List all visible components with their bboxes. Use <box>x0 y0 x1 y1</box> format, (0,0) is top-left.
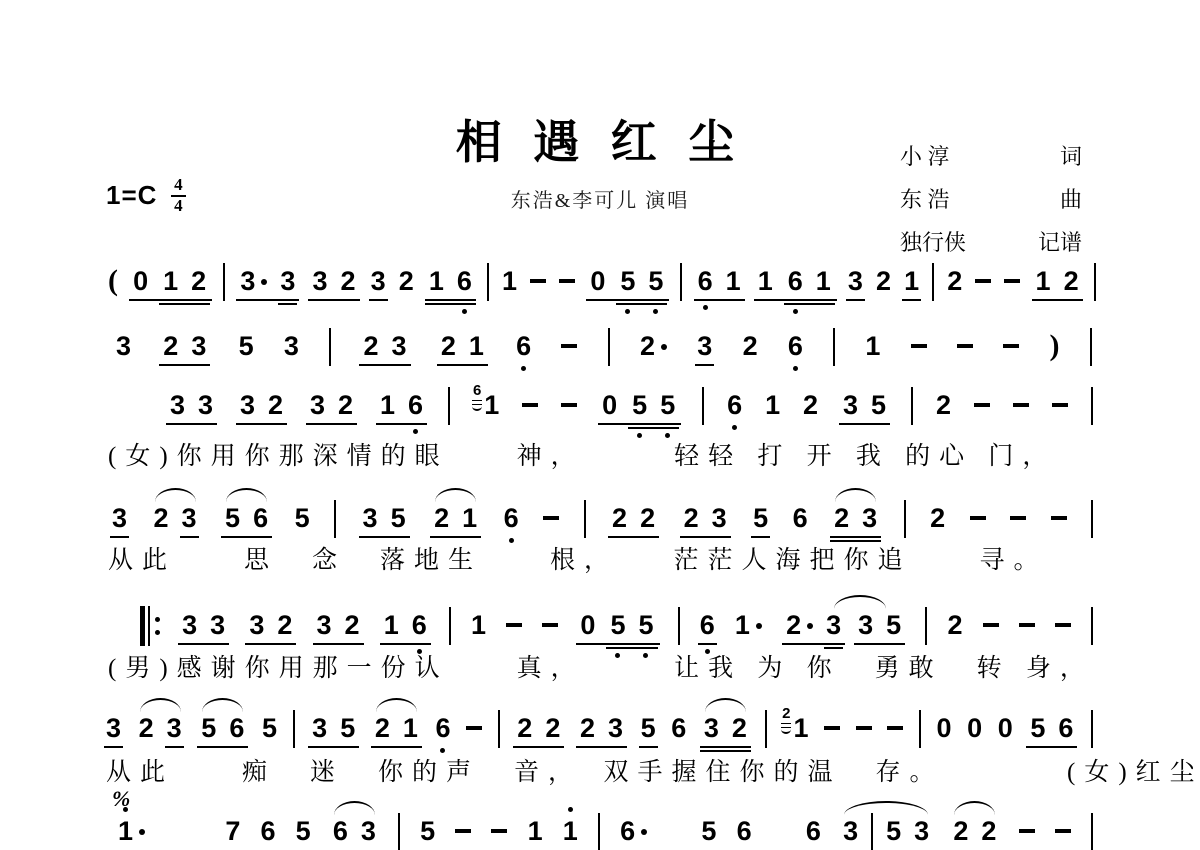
note-digit: 3 <box>848 266 863 296</box>
parenthesis: ( <box>108 266 118 296</box>
note-digit: 6 <box>620 816 635 846</box>
note: 1 <box>865 331 880 361</box>
note: 5 <box>886 610 901 640</box>
note: 2 <box>268 390 283 420</box>
slur-arc <box>155 488 196 502</box>
note-digit: 5 <box>239 331 254 361</box>
note: 5 <box>391 503 406 533</box>
note: 3 <box>697 331 712 361</box>
underline <box>308 746 359 748</box>
music-line-2: 323532321623261) <box>116 331 1092 361</box>
beam-group: 23 <box>578 713 625 743</box>
note: 0 <box>580 610 595 640</box>
barline <box>1090 328 1092 366</box>
underline <box>576 643 659 645</box>
music-line-1: (01233323216105561161321212 <box>108 266 1096 296</box>
note: 3 <box>312 713 327 743</box>
note-digit: 3 <box>317 610 332 640</box>
note: 3 <box>317 610 332 640</box>
beam-group: 16 <box>382 610 429 640</box>
underline <box>694 299 745 301</box>
augmentation-dot <box>641 829 647 835</box>
note-digit: 5 <box>391 503 406 533</box>
underline <box>359 536 410 538</box>
music-line-6: 32356535216222356322100056 <box>106 713 1093 743</box>
barline <box>584 500 586 538</box>
underline <box>1032 299 1083 301</box>
note-digit: 3 <box>182 503 197 533</box>
note: 2 <box>154 503 169 533</box>
octave-dot-below <box>732 425 737 430</box>
lyrics-line-3: (男)感谢你用那一份认 真， 让我 为 你 勇敢 转 身， <box>108 648 1094 684</box>
note-digit: 0 <box>602 390 617 420</box>
beam-group: 23 <box>137 713 184 743</box>
note: 3 <box>363 503 378 533</box>
note: 6 <box>698 266 713 296</box>
note-digit: 3 <box>361 816 376 846</box>
note: 5 <box>201 713 216 743</box>
underline <box>576 746 627 748</box>
beam-group: 055 <box>600 390 679 420</box>
note-digit: 2 <box>930 503 945 533</box>
slur-arc <box>705 698 746 712</box>
underline <box>221 536 272 538</box>
note: 6 <box>516 331 531 361</box>
note-digit: 3 <box>280 266 295 296</box>
beam-group: 35 <box>856 610 903 640</box>
underline <box>380 643 431 645</box>
note-digit: 1 <box>816 266 831 296</box>
beam-group: 23 <box>361 331 408 361</box>
repeat-start-sign <box>140 606 160 646</box>
note: 6 <box>737 816 752 846</box>
dash-rest <box>1052 403 1068 407</box>
beam-group: 32 <box>308 390 355 420</box>
note: 3 <box>191 331 206 361</box>
beam-group: 16 <box>427 266 474 296</box>
note: 1 <box>528 816 543 846</box>
note-digit: 1 <box>528 816 543 846</box>
barline <box>223 263 225 301</box>
beam-group: 055 <box>588 266 667 296</box>
underline <box>236 423 287 425</box>
note-digit: 3 <box>843 816 858 846</box>
dash-rest <box>1055 623 1071 627</box>
note-digit: 5 <box>886 610 901 640</box>
note-digit: 5 <box>701 816 716 846</box>
dash-rest <box>887 726 903 730</box>
dash-rest <box>561 344 577 348</box>
segno-icon: % <box>112 786 130 812</box>
note-digit: 3 <box>310 390 325 420</box>
note-digit: 5 <box>638 610 653 640</box>
note: 6 <box>671 713 686 743</box>
note: 2 <box>640 331 667 361</box>
underline <box>700 746 751 748</box>
beam-group: 56 <box>199 713 246 743</box>
credit-transcriber: 独行侠 记谱 <box>900 226 1082 257</box>
beam-group: 23 <box>682 503 729 533</box>
note-digit: 5 <box>1030 713 1045 743</box>
grace-slur <box>472 402 482 411</box>
note-digit: 2 <box>341 266 356 296</box>
underline <box>371 746 422 748</box>
barline <box>925 607 927 645</box>
barline <box>1091 500 1093 538</box>
beam-group: 56 <box>1028 713 1075 743</box>
note-digit: 2 <box>277 610 292 640</box>
note-digit: 6 <box>727 390 742 420</box>
note: 2 <box>786 610 813 640</box>
beam-group: 32 <box>247 610 294 640</box>
beam-group: 161 <box>756 266 835 296</box>
note: 5 <box>871 390 886 420</box>
dash-rest <box>491 829 507 833</box>
note: 0 <box>967 713 982 743</box>
underline <box>1026 746 1077 748</box>
dash-rest <box>957 344 973 348</box>
barline <box>448 387 450 425</box>
note-digit: 1 <box>793 713 808 743</box>
note: 3 <box>914 816 929 846</box>
note: 2 <box>732 713 747 743</box>
note-digit: 1 <box>118 816 133 846</box>
note-digit: 5 <box>225 503 240 533</box>
note-digit: 6 <box>333 816 348 846</box>
note-digit: 7 <box>225 816 240 846</box>
note-digit: 3 <box>862 503 877 533</box>
note-digit: 5 <box>641 713 656 743</box>
note-digit: 2 <box>803 390 818 420</box>
note: 3 <box>608 713 623 743</box>
note-digit: 3 <box>697 331 712 361</box>
note: 7 <box>225 816 240 846</box>
underline <box>586 299 669 301</box>
key-label: 1=C <box>106 180 157 211</box>
beam-group: 55 <box>608 610 655 640</box>
beam-group: 55 <box>618 266 665 296</box>
note: 3 <box>712 503 727 533</box>
note-digit: 1 <box>469 331 484 361</box>
time-signature: 4 4 <box>166 176 190 215</box>
underline <box>308 299 359 301</box>
credit-name: 小 淳 <box>900 140 950 171</box>
beam-group: 23 <box>161 331 208 361</box>
beam-group: 35 <box>841 390 888 420</box>
note: 3 <box>210 610 225 640</box>
dash-rest <box>542 623 558 627</box>
note: 2 <box>930 503 945 533</box>
parenthesis: ) <box>1050 331 1060 361</box>
note-digit: 5 <box>648 266 663 296</box>
note: 3 <box>182 503 197 533</box>
music-line-3: 3332321661055612352 <box>168 390 1093 420</box>
octave-dot-below <box>793 366 798 371</box>
note: 1 <box>735 610 762 640</box>
note-digit: 6 <box>737 816 752 846</box>
note: 1 <box>384 610 399 640</box>
underline <box>616 303 667 305</box>
note-digit: 6 <box>260 816 275 846</box>
underline <box>754 299 837 301</box>
note: 3 <box>392 331 407 361</box>
note: 6 <box>333 816 348 846</box>
music-line-5: 3332321610556123352 <box>140 610 1093 640</box>
beam-group: 32 <box>238 390 285 420</box>
note-digit: 5 <box>620 266 635 296</box>
note-digit: 1 <box>462 503 477 533</box>
note-digit: 2 <box>268 390 283 420</box>
note-digit: 1 <box>765 390 780 420</box>
note: 2 <box>1064 266 1079 296</box>
note: 2 <box>338 390 353 420</box>
underline <box>369 299 388 301</box>
barline <box>398 813 400 850</box>
barline <box>919 710 921 748</box>
underline <box>425 299 476 301</box>
note: 5 <box>632 390 647 420</box>
note-digit: 1 <box>758 266 773 296</box>
underline <box>159 303 210 305</box>
beam-group: 22 <box>951 816 998 846</box>
note-digit: 0 <box>967 713 982 743</box>
note-digit: 3 <box>112 503 127 533</box>
slur-arc <box>226 488 267 502</box>
barline <box>1094 263 1096 301</box>
dash-rest <box>1003 344 1019 348</box>
slur-arc <box>202 698 243 712</box>
note-digit: 2 <box>154 503 169 533</box>
dash-rest <box>455 829 471 833</box>
note: 3 <box>182 610 197 640</box>
underline <box>376 423 427 425</box>
underline <box>437 364 488 366</box>
note: 5 <box>262 713 277 743</box>
note: 61 <box>473 390 499 420</box>
note-digit: 1 <box>471 610 486 640</box>
credit-lyricist: 小 淳 词 <box>900 140 1082 171</box>
note: 2 <box>441 331 456 361</box>
barline <box>1091 607 1093 645</box>
note-digit: 6 <box>806 816 821 846</box>
note: 2 <box>936 390 951 420</box>
note-digit: 6 <box>698 266 713 296</box>
note: 5 <box>340 713 355 743</box>
note: 3 <box>280 266 295 296</box>
note: 3 <box>310 390 325 420</box>
note-digit: 6 <box>788 331 803 361</box>
note-digit: 5 <box>201 713 216 743</box>
dash-rest <box>559 279 575 283</box>
underline <box>359 364 410 366</box>
note-digit: 6 <box>700 610 715 640</box>
beam-group: 33 <box>238 266 297 296</box>
note-digit: 2 <box>684 503 699 533</box>
barline <box>329 328 331 366</box>
note: 2 <box>612 503 627 533</box>
beam-group: 21 <box>432 503 479 533</box>
underline <box>680 536 731 538</box>
note: 1 <box>904 266 919 296</box>
note: 2 <box>434 503 449 533</box>
note: 21 <box>782 713 808 743</box>
time-unit: 4 <box>171 197 186 216</box>
augmentation-dot <box>261 279 267 285</box>
note: 2 <box>163 331 178 361</box>
beam-group: 2335 <box>782 610 905 640</box>
lyrics-line-4: 从此 痴 迷 你的声 音， 双手握住你的温 存。 (女)红尘 <box>106 752 1200 788</box>
augmentation-dot <box>139 829 145 835</box>
credit-composer: 东 浩 曲 <box>900 183 1082 214</box>
note-digit: 2 <box>640 331 655 361</box>
note-digit: 2 <box>139 713 154 743</box>
barline <box>1091 813 1093 850</box>
note: 1 <box>403 713 418 743</box>
dash-rest <box>1055 829 1071 833</box>
beam-group: 23 <box>784 610 843 640</box>
note-digit: 2 <box>1064 266 1079 296</box>
note-digit: 3 <box>106 713 121 743</box>
note: 3 <box>843 816 858 846</box>
note-digit: 2 <box>981 816 996 846</box>
underline <box>306 423 357 425</box>
note: 2 <box>640 503 655 533</box>
note: 6 <box>408 390 423 420</box>
underline <box>178 643 229 645</box>
note: 6 <box>620 816 647 846</box>
note: 5 <box>638 610 653 640</box>
note: 5 <box>641 713 656 743</box>
note-digit: 3 <box>167 713 182 743</box>
note-digit: 2 <box>834 503 849 533</box>
beam-group: 32 <box>315 610 362 640</box>
note: 5 <box>610 610 625 640</box>
barline <box>833 328 835 366</box>
note: 3 <box>198 390 213 420</box>
barline <box>293 710 295 748</box>
note: 2 <box>953 816 968 846</box>
slur-arc <box>376 698 417 712</box>
note: 6 <box>788 266 803 296</box>
beam-group: 55 <box>630 390 677 420</box>
barline <box>1091 710 1093 748</box>
note: 1 <box>471 610 486 640</box>
note-digit: 6 <box>408 390 423 420</box>
underline <box>236 299 299 301</box>
beam-group: 12 <box>1034 266 1081 296</box>
note: 3 <box>826 610 841 640</box>
beam-group: 35 <box>310 713 357 743</box>
note: 5 <box>239 331 254 361</box>
barline <box>765 710 767 748</box>
note-digit: 2 <box>786 610 801 640</box>
slur-arc <box>334 801 375 815</box>
note: 2 <box>684 503 699 533</box>
note: 0 <box>133 266 148 296</box>
note: 0 <box>936 713 951 743</box>
note-digit: 2 <box>338 390 353 420</box>
note: 6 <box>435 713 450 743</box>
underline <box>698 643 717 645</box>
note: 3 <box>312 266 327 296</box>
note: 5 <box>420 816 435 846</box>
underline <box>846 299 865 301</box>
augmentation-dot <box>807 623 813 629</box>
note: 3 <box>371 266 386 296</box>
beam-group: 33 <box>180 610 227 640</box>
note-digit: 1 <box>1036 266 1051 296</box>
beam-group: 16 <box>378 390 425 420</box>
grace-slur <box>781 725 791 734</box>
note: 1 <box>429 266 444 296</box>
note-digit: 2 <box>953 816 968 846</box>
dash-rest <box>1019 829 1035 833</box>
octave-dot-below <box>653 309 658 314</box>
note: 3 <box>240 390 255 420</box>
note: 6 <box>788 331 803 361</box>
note: 6 <box>412 610 427 640</box>
note-digit: 2 <box>545 713 560 743</box>
note-digit: 3 <box>392 331 407 361</box>
note-digit: 2 <box>434 503 449 533</box>
dash-rest <box>466 726 482 730</box>
credit-name: 独行侠 <box>900 226 966 257</box>
slur-arc <box>140 698 181 712</box>
note: 3 <box>704 713 719 743</box>
note: 2 <box>399 266 414 296</box>
note-digit: 6 <box>435 713 450 743</box>
underline <box>159 364 210 366</box>
note: 2 <box>191 266 206 296</box>
note-digit: 2 <box>375 713 390 743</box>
note-digit: 6 <box>504 503 519 533</box>
credit-role: 曲 <box>1060 183 1082 214</box>
note: 3 <box>249 610 264 640</box>
note-digit: 3 <box>363 503 378 533</box>
note: 5 <box>886 816 901 846</box>
underline <box>839 423 890 425</box>
note: 1 <box>502 266 517 296</box>
slur-arc <box>435 488 476 502</box>
note: 5 <box>660 390 675 420</box>
dash-rest <box>970 516 986 520</box>
note: 1 <box>469 331 484 361</box>
credits-block: 小 淳 词 东 浩 曲 独行侠 记谱 <box>900 140 1082 269</box>
note: 2 <box>375 713 390 743</box>
barline <box>871 813 873 850</box>
note-digit: 5 <box>753 503 768 533</box>
note-digit: 3 <box>116 331 131 361</box>
note-digit: 5 <box>420 816 435 846</box>
note-digit: 0 <box>580 610 595 640</box>
barline <box>598 813 600 850</box>
underline <box>430 536 481 538</box>
barline <box>334 500 336 538</box>
dash-rest <box>1013 403 1029 407</box>
barline <box>498 710 500 748</box>
note-digit: 0 <box>936 713 951 743</box>
note-digit: 6 <box>1058 713 1073 743</box>
note-digit: 1 <box>726 266 741 296</box>
note-digit: 6 <box>253 503 268 533</box>
note-digit: 3 <box>249 610 264 640</box>
beam-group: 12 <box>161 266 208 296</box>
underline <box>751 536 770 538</box>
music-line-4: 32356535216222356232 <box>112 503 1093 533</box>
note-digit: 5 <box>340 713 355 743</box>
note-digit: 5 <box>262 713 277 743</box>
underline <box>639 746 658 748</box>
